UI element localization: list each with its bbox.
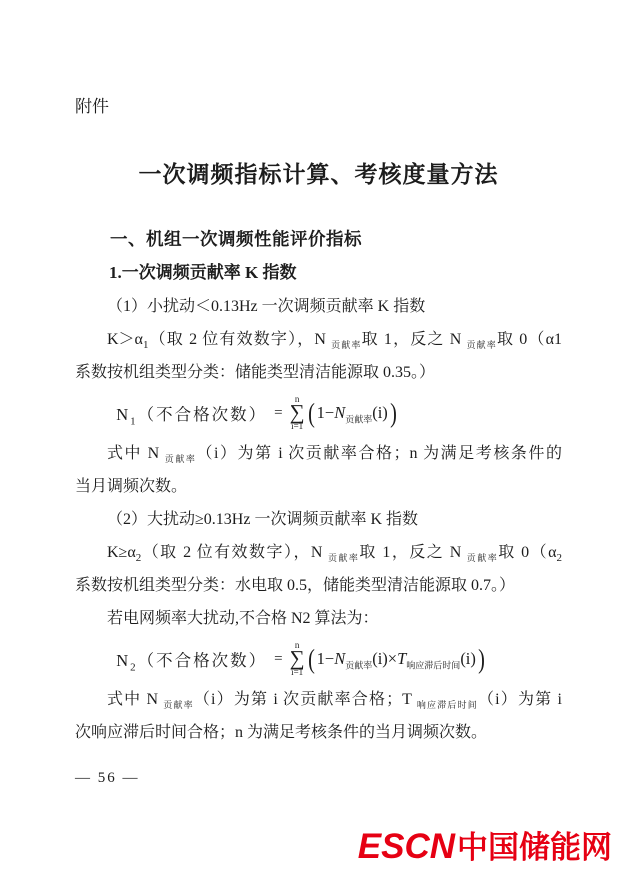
open-paren: ( (308, 400, 315, 427)
formula-n1-lhs: N1（不合格次数） (116, 401, 267, 425)
subscript-contribution-rate: 贡献率 (163, 700, 194, 710)
subscript-contribution-rate: 贡献率 (466, 340, 496, 350)
text-run: K≥α (107, 544, 136, 561)
escn-logo-text-en: ESCN (358, 827, 457, 866)
close-paren: ) (478, 646, 485, 673)
para-item2-title: （2）大扰动≥0.13Hz 一次调频贡献率 K 指数 (75, 503, 562, 536)
text-run: 取 0（α1 (497, 331, 562, 348)
para-exp1-line2: 当月调频次数。 (75, 470, 562, 503)
subscript-contribution-rate: 贡献率 (328, 553, 359, 563)
text-run: （i）为第 i 次贡献率合格；T (194, 691, 417, 708)
subscript-contribution-rate: 贡献率 (165, 454, 197, 464)
text-run: 取 1，反之 N (359, 544, 466, 561)
text-run: K＞α (107, 331, 143, 348)
para-exp2-line1: 式中 N 贡献率（i）为第 i 次贡献率合格；T 响应滞后时间（i）为第 i (75, 683, 562, 716)
summation-lower-limit: i=1 (291, 668, 303, 677)
page-number: — 56 — (75, 770, 140, 787)
escn-logo: ESCN中国储能网 (358, 826, 612, 875)
para-exp1-line1: 式中 N 贡献率（i）为第 i 次贡献率合格；n 为满足考核条件的 (75, 437, 562, 470)
text-run: (i) (460, 649, 476, 668)
text-run: （取 2 位有效数字），N (141, 544, 328, 561)
formula-var: N (116, 405, 130, 424)
para-k2-line2: 系数按机组类型分类：水电取 0.5，储能类型清洁能源取 0.7。） (75, 569, 562, 602)
para-n2-intro: 若电网频率大扰动,不合格 N2 算法为： (75, 602, 562, 635)
equals-sign: = (274, 405, 282, 422)
formula-var-subscript: 2 (130, 661, 138, 673)
formula-n2: N2（不合格次数） = n ∑ i=1 ( 1−N贡献率(i)×T响应滞后时间(… (116, 638, 562, 680)
text-run: 取 1，反之 N (362, 331, 467, 348)
formula-var: T (397, 649, 406, 668)
text-run: (i)× (372, 649, 397, 668)
subscript-contribution-rate: 贡献率 (345, 660, 372, 670)
text-run: （i）为第 i 次贡献率合格；n 为满足考核条件的 (196, 445, 562, 462)
subscript-contribution-rate: 贡献率 (467, 553, 498, 563)
sigma-icon: ∑ (290, 404, 305, 422)
para-k1-line1: K＞α1（取 2 位有效数字），N 贡献率取 1，反之 N 贡献率取 0（α1 (75, 323, 562, 356)
text-run: 式中 N (107, 445, 165, 462)
formula-lhs-label: （不合格次数） (138, 651, 268, 670)
subsection-heading: 1.一次调频贡献率 K 指数 (109, 260, 562, 286)
document-title: 一次调频指标计算、考核度量方法 (75, 158, 562, 190)
para-k2-line1: K≥α2（取 2 位有效数字），N 贡献率取 1，反之 N 贡献率取 0（α2 (75, 536, 562, 569)
formula-var: N (334, 649, 345, 668)
summation-symbol: n ∑ i=1 (290, 641, 305, 677)
text-run: 1− (317, 403, 335, 422)
escn-logo-text-cn: 中国储能网 (457, 830, 612, 865)
summation-symbol: n ∑ i=1 (290, 395, 305, 431)
formula-n2-lhs: N2（不合格次数） (116, 647, 267, 671)
formula-n1: N1（不合格次数） = n ∑ i=1 ( 1−N贡献率(i) ) (116, 392, 562, 434)
subscript-response-lag-time: 响应滞后时间 (406, 660, 460, 670)
document-page: 附件 一次调频指标计算、考核度量方法 一、机组一次调频性能评价指标 1.一次调频… (0, 0, 620, 876)
attachment-label: 附件 (75, 96, 562, 118)
summation-lower-limit: i=1 (291, 422, 303, 431)
para-item1-title: （1）小扰动＜0.13Hz 一次调频贡献率 K 指数 (75, 290, 562, 323)
formula-n1-expression: 1−N贡献率(i) (317, 403, 388, 423)
close-paren: ) (390, 400, 397, 427)
para-k1-line2: 系数按机组类型分类：储能类型清洁能源取 0.35。） (75, 356, 562, 389)
text-run: (i) (372, 403, 388, 422)
para-exp2-line2: 次响应滞后时间合格；n 为满足考核条件的当月调频次数。 (75, 716, 562, 749)
section-heading: 一、机组一次调频性能评价指标 (110, 226, 562, 252)
formula-lhs-label: （不合格次数） (138, 405, 268, 424)
formula-n2-expression: 1−N贡献率(i)×T响应滞后时间(i) (317, 649, 476, 669)
formula-var: N (116, 651, 130, 670)
formula-var-subscript: 1 (130, 415, 138, 427)
subscript-alpha2: 2 (556, 552, 562, 564)
text-run: （i）为第 i (478, 691, 562, 708)
formula-var: N (334, 403, 345, 422)
equals-sign: = (274, 651, 282, 668)
text-run: （取 2 位有效数字），N (148, 331, 331, 348)
subscript-contribution-rate: 贡献率 (331, 340, 361, 350)
text-run: 1− (317, 649, 335, 668)
sigma-icon: ∑ (290, 650, 305, 668)
text-run: 取 0（α (498, 544, 556, 561)
open-paren: ( (308, 646, 315, 673)
subscript-contribution-rate: 贡献率 (345, 414, 372, 424)
document-body: （1）小扰动＜0.13Hz 一次调频贡献率 K 指数 K＞α1（取 2 位有效数… (75, 290, 562, 749)
text-run: 式中 N (107, 691, 163, 708)
subscript-response-lag-time: 响应滞后时间 (417, 700, 478, 710)
